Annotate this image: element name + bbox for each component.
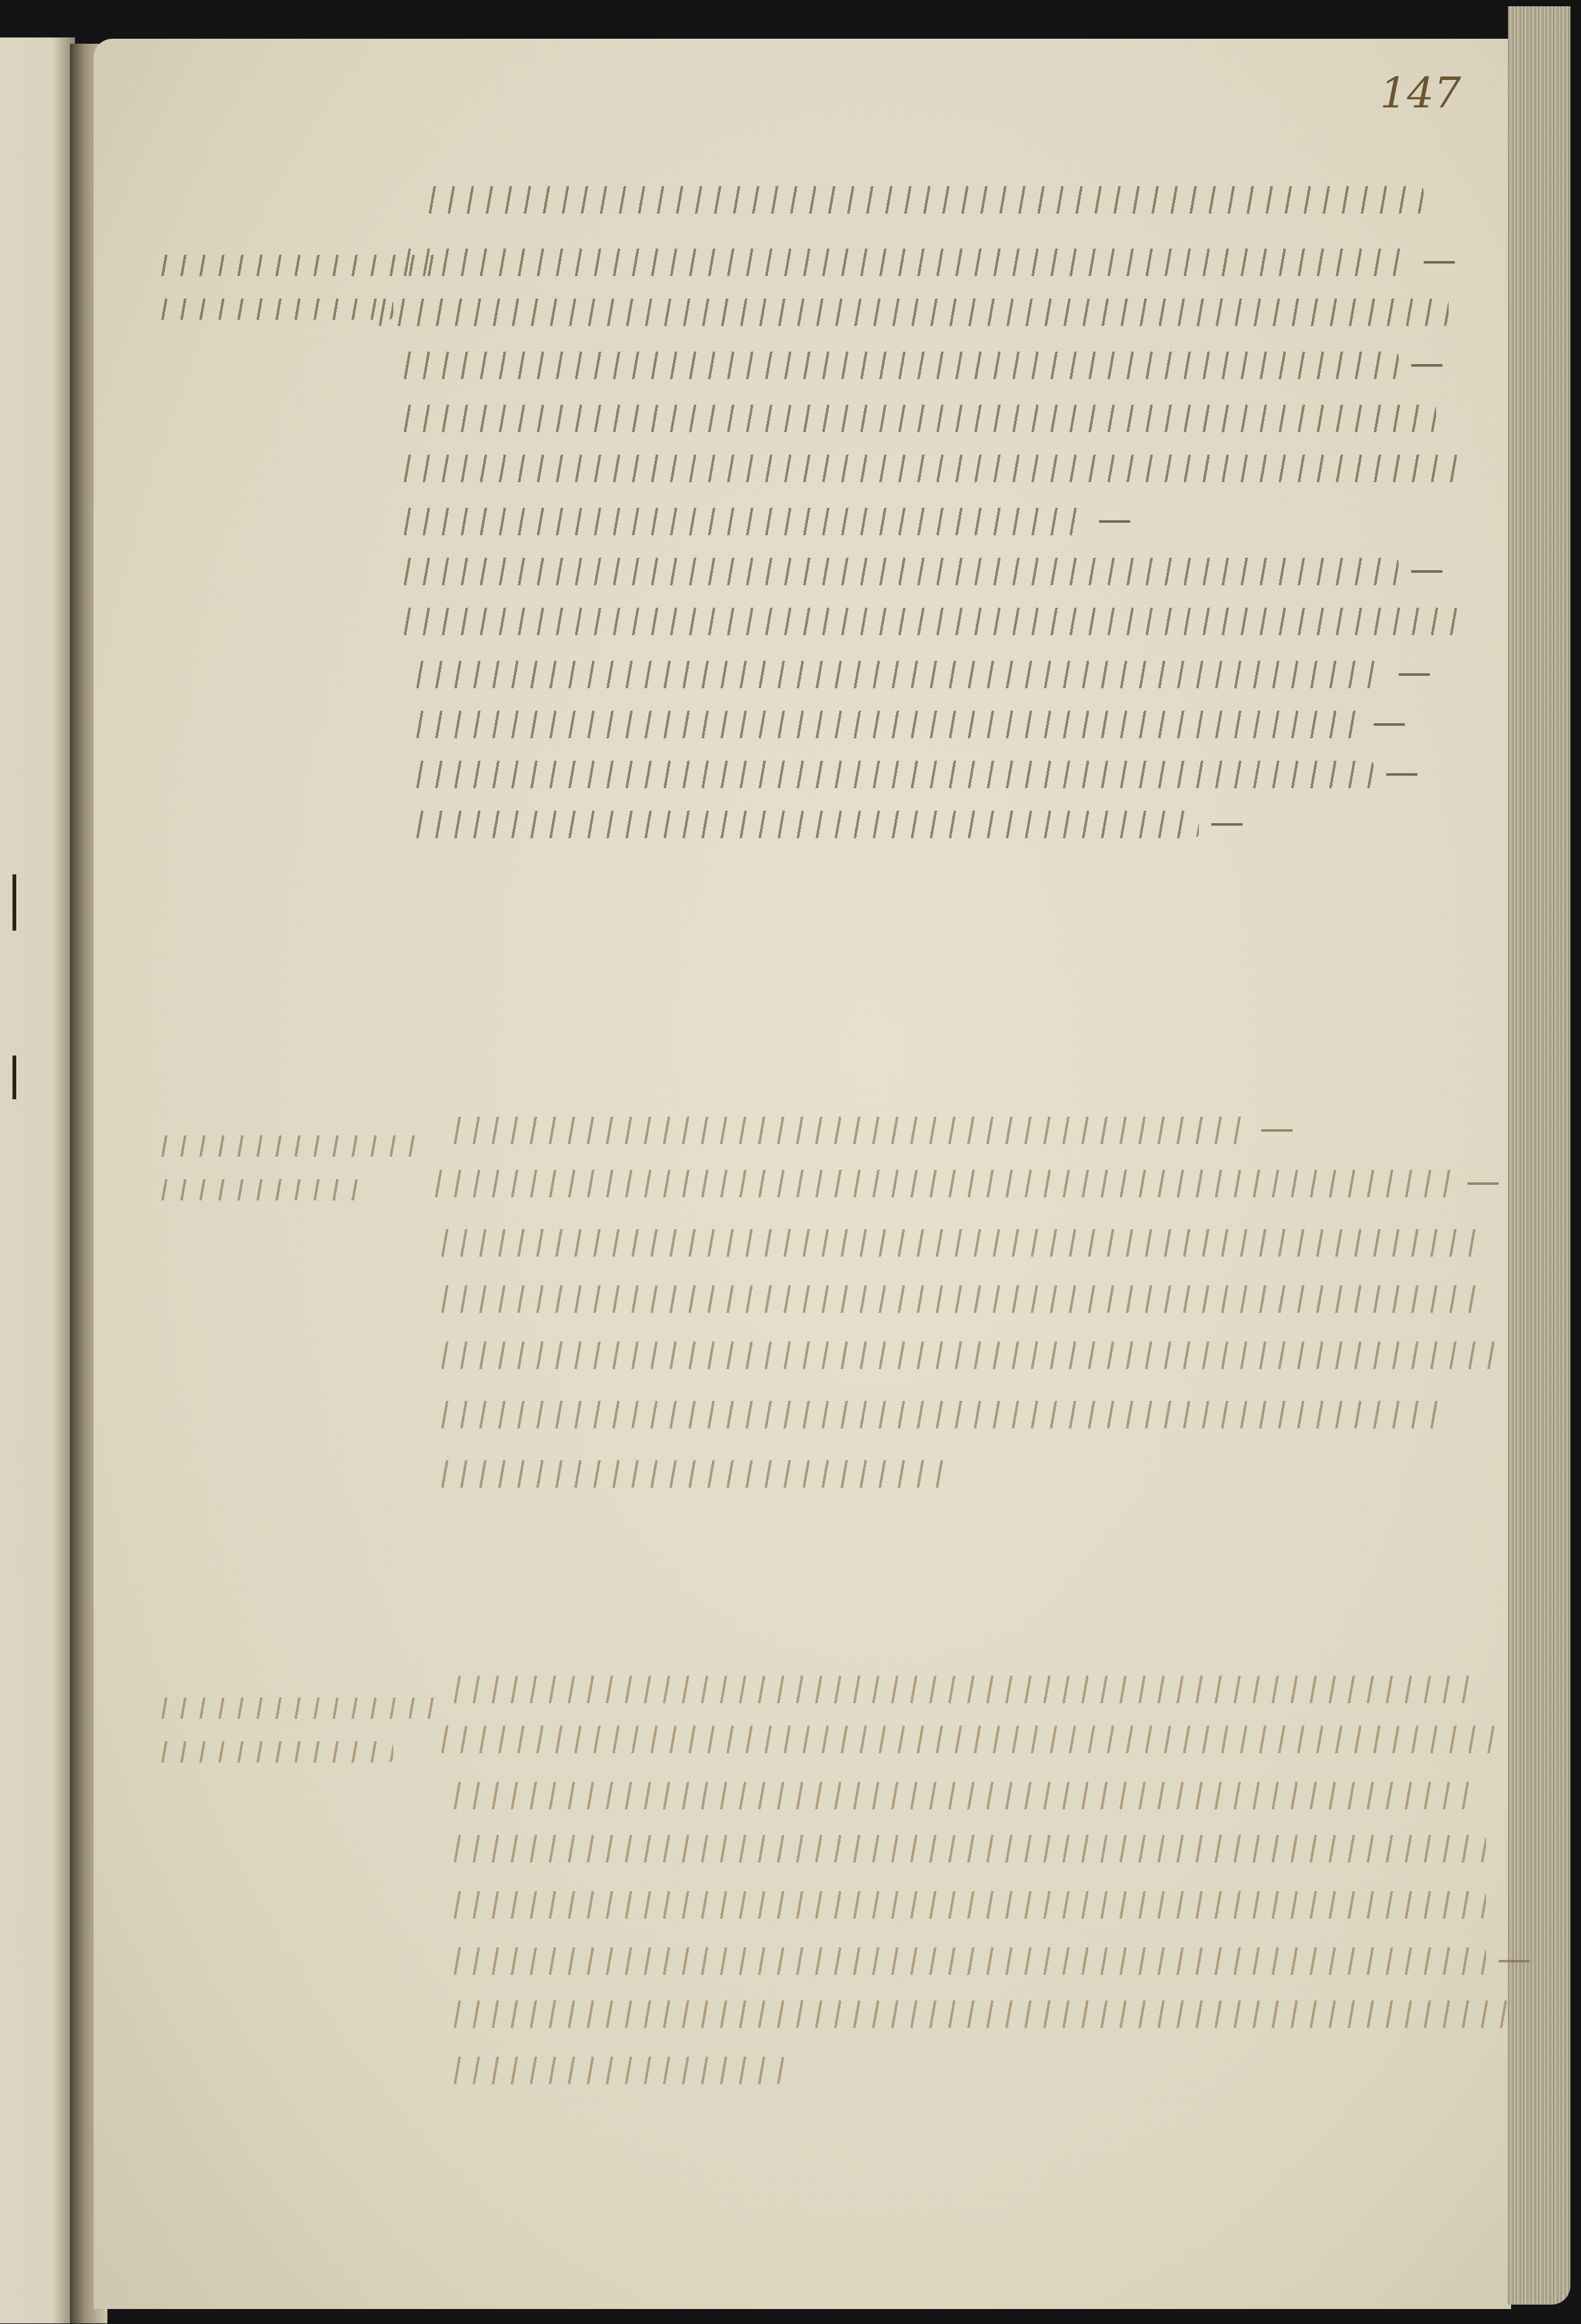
ink-strokes	[156, 1698, 443, 1719]
ink-strokes	[400, 455, 1461, 482]
ink-strokes	[437, 1342, 1499, 1369]
ink-strokes	[400, 405, 1436, 432]
line-end-dash	[1374, 723, 1405, 726]
ink-strokes	[437, 1460, 949, 1488]
handwritten-line	[450, 1664, 1474, 1708]
ink-strokes	[400, 352, 1399, 379]
ink-strokes	[412, 711, 1361, 738]
handwritten-line	[437, 1390, 1449, 1433]
margin-note-line	[156, 1168, 368, 1212]
line-end-dash	[1499, 1960, 1530, 1962]
ink-strokes	[412, 811, 1199, 838]
ink-strokes	[437, 1229, 1486, 1257]
ink-strokes	[156, 1135, 418, 1157]
handwritten-line	[400, 237, 1411, 281]
margin-note-line	[156, 1124, 418, 1168]
ink-strokes	[450, 1117, 1249, 1144]
ink-strokes	[412, 661, 1386, 688]
handwritten-line	[400, 393, 1436, 437]
handwritten-line	[425, 175, 1424, 219]
ink-strokes	[156, 299, 393, 320]
handwritten-line	[412, 799, 1199, 843]
handwritten-line	[400, 497, 1086, 540]
ink-strokes	[425, 186, 1424, 214]
ink-strokes	[375, 299, 1449, 326]
ink-strokes	[412, 761, 1374, 788]
handwritten-line	[400, 443, 1461, 487]
facing-page-edge	[0, 37, 75, 2323]
line-end-dash	[1424, 261, 1455, 264]
ink-strokes	[156, 1741, 393, 1763]
handwritten-line	[450, 1989, 1511, 2033]
line-end-dash	[1386, 773, 1417, 776]
margin-note-line	[156, 244, 443, 287]
handwritten-line	[431, 1159, 1455, 1202]
handwritten-line	[400, 596, 1461, 640]
margin-note-line	[156, 287, 393, 331]
ink-strokes	[437, 1726, 1499, 1753]
handwritten-line	[412, 700, 1361, 743]
ink-strokes	[156, 1179, 368, 1200]
handwritten-line	[450, 1824, 1486, 1867]
line-end-dash	[1467, 1182, 1499, 1185]
line-end-dash	[1211, 823, 1243, 826]
handwritten-line	[450, 2045, 787, 2089]
handwritten-line	[437, 1274, 1486, 1318]
margin-note-line	[156, 1730, 393, 1774]
line-end-dash	[1411, 364, 1442, 367]
handwritten-line	[412, 749, 1374, 793]
line-end-dash	[1099, 520, 1130, 523]
handwritten-line	[412, 650, 1386, 693]
handwritten-line	[450, 1105, 1249, 1149]
folio-number: 147	[1380, 69, 1461, 118]
ink-strokes	[156, 255, 443, 276]
ink-strokes	[400, 608, 1461, 635]
ink-strokes	[431, 1170, 1455, 1197]
handwritten-line	[400, 546, 1399, 590]
ink-strokes	[450, 1782, 1474, 1809]
line-end-dash	[1261, 1129, 1293, 1132]
line-end-dash	[1411, 570, 1442, 573]
handwritten-line	[450, 1936, 1486, 1980]
ink-strokes	[400, 508, 1086, 535]
handwritten-line	[375, 287, 1449, 331]
ink-strokes	[450, 1891, 1486, 1919]
ink-strokes	[437, 1285, 1486, 1313]
handwritten-line	[437, 1449, 949, 1493]
ink-strokes	[450, 1947, 1486, 1975]
ink-strokes	[450, 1676, 1474, 1703]
handwritten-line	[437, 1218, 1486, 1262]
handwritten-line	[400, 340, 1399, 384]
margin-note-line	[156, 1686, 443, 1730]
handwritten-line	[437, 1714, 1499, 1758]
line-end-dash	[1399, 673, 1430, 676]
ink-strokes	[450, 1835, 1486, 1862]
ink-strokes	[437, 1401, 1449, 1428]
ink-strokes	[450, 2000, 1511, 2028]
ink-strokes	[450, 2057, 787, 2084]
ink-strokes	[400, 558, 1399, 585]
handwritten-line	[450, 1771, 1474, 1814]
ink-strokes	[400, 249, 1411, 276]
handwritten-line	[437, 1330, 1499, 1374]
handwritten-line	[450, 1880, 1486, 1924]
